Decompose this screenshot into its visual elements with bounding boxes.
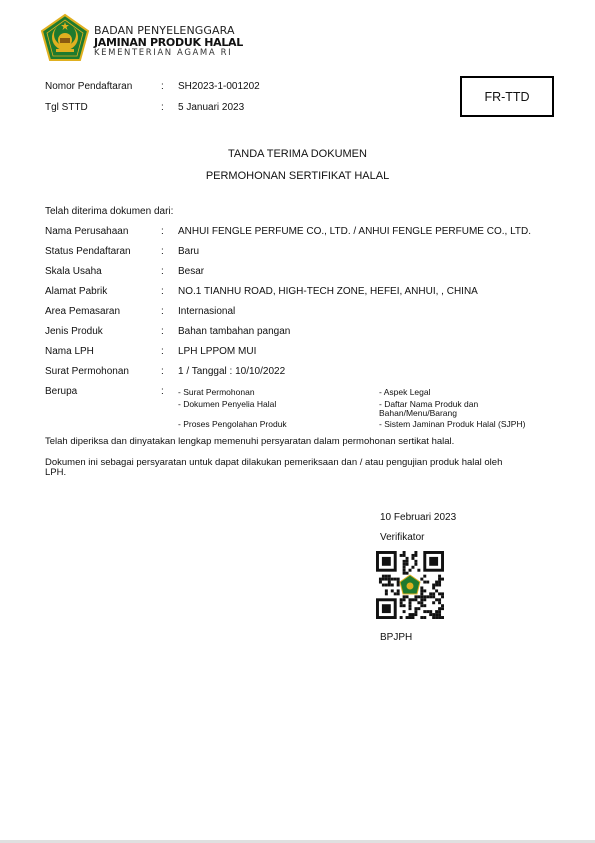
separator: : xyxy=(161,366,164,377)
separator: : xyxy=(161,266,164,277)
field-value: ANHUI FENGLE PERFUME CO., LTD. / ANHUI F… xyxy=(178,226,531,237)
field-label: Area Pemasaran xyxy=(45,306,120,317)
field-label: Nama LPH xyxy=(45,346,94,357)
kemenag-logo-icon xyxy=(40,13,90,63)
separator: : xyxy=(161,81,164,92)
field-value: Baru xyxy=(178,246,199,257)
separator: : xyxy=(161,246,164,257)
signature-issuer: BPJPH xyxy=(380,632,412,643)
field-label: Status Pendaftaran xyxy=(45,246,131,257)
separator: : xyxy=(161,346,164,357)
field-label: Jenis Produk xyxy=(45,326,103,337)
berupa-left-item: - Surat Permohonan xyxy=(178,387,255,397)
statement-purpose-line1: Dokumen ini sebagai persyaratan untuk da… xyxy=(45,458,545,468)
separator: : xyxy=(161,286,164,297)
field-value: 1 / Tanggal : 10/10/2022 xyxy=(178,366,285,377)
statement-purpose-line2: LPH. xyxy=(45,468,545,478)
berupa-label: Berupa xyxy=(45,386,77,397)
document-subtitle: PERMOHONAN SERTIFIKAT HALAL xyxy=(0,170,595,182)
document-title: TANDA TERIMA DOKUMEN xyxy=(0,148,595,160)
separator: : xyxy=(161,326,164,337)
sttd-date-label: Tgl STTD xyxy=(45,102,88,113)
org-name-line3: KEMENTERIAN AGAMA RI xyxy=(94,48,232,58)
field-label: Nama Perusahaan xyxy=(45,226,128,237)
separator: : xyxy=(161,226,164,237)
field-label: Alamat Pabrik xyxy=(45,286,107,297)
signature-role: Verifikator xyxy=(380,532,424,543)
berupa-left-item: - Proses Pengolahan Produk xyxy=(178,419,287,429)
field-label: Surat Permohonan xyxy=(45,366,129,377)
berupa-right-item: - Aspek Legal xyxy=(379,387,431,397)
separator: : xyxy=(161,306,164,317)
registration-number-label: Nomor Pendaftaran xyxy=(45,81,132,92)
field-value: LPH LPPOM MUI xyxy=(178,346,256,357)
intro-text: Telah diterima dokumen dari: xyxy=(45,206,173,217)
statement-complete: Telah diperiksa dan dinyatakan lengkap m… xyxy=(45,437,545,447)
berupa-left-item: - Dokumen Penyelia Halal xyxy=(178,399,276,409)
separator: : xyxy=(161,386,164,397)
field-value: NO.1 TIANHU ROAD, HIGH-TECH ZONE, HEFEI,… xyxy=(178,286,478,297)
sttd-date-value: 5 Januari 2023 xyxy=(178,102,244,113)
registration-number-value: SH2023-1-001202 xyxy=(178,81,260,92)
berupa-right-item: - Sistem Jaminan Produk Halal (SJPH) xyxy=(379,419,525,429)
signature-date: 10 Februari 2023 xyxy=(380,512,456,523)
qr-code-icon xyxy=(376,551,444,619)
field-value: Besar xyxy=(178,266,204,277)
field-value: Internasional xyxy=(178,306,235,317)
form-code-box: FR-TTD xyxy=(460,76,554,117)
field-value: Bahan tambahan pangan xyxy=(178,326,290,337)
separator: : xyxy=(161,102,164,113)
field-label: Skala Usaha xyxy=(45,266,102,277)
berupa-right-item: Bahan/Menu/Barang xyxy=(379,408,457,418)
